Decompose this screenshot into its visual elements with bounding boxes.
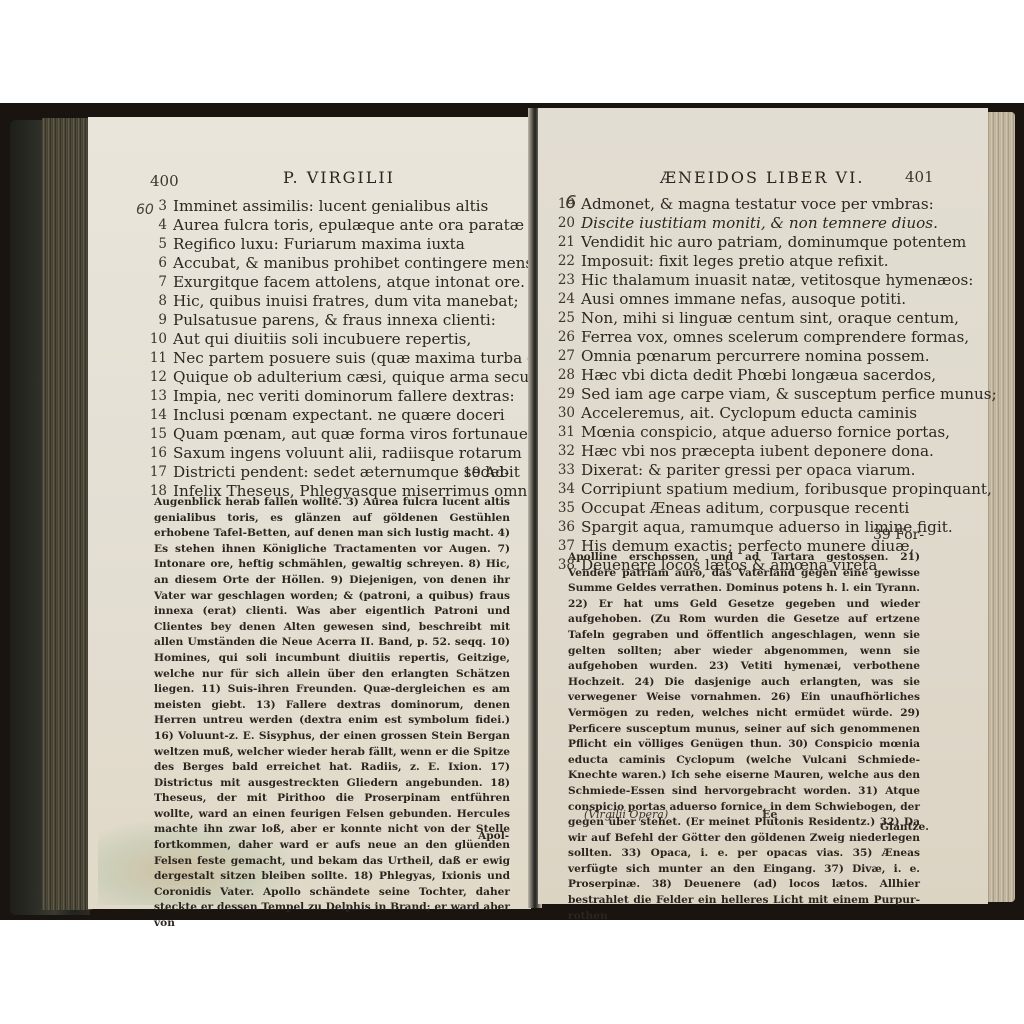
verse-text: Ferrea vox, omnes scelerum comprendere f… [581,328,969,347]
verse-number: 17 [145,463,167,482]
verse-number: 3 [145,197,167,216]
right-verse-list: 19Admonet, & magna testatur voce per vmb… [553,195,997,575]
verse-text: Hæc vbi nos præcepta iubent deponere don… [581,442,934,461]
signature-mark: Ee [762,808,777,821]
right-commentary-text: Apolline erschossen, und ad Tartara gest… [568,550,920,924]
verse-number: 34 [553,480,575,499]
verse-number: 14 [145,406,167,425]
verse-line: 14Inclusi pœnam expectant. ne quære doce… [145,406,587,425]
verse-number: 19 [553,195,575,214]
right-running-head: ÆNEIDOS LIBER VI. [660,168,864,187]
verse-line: 13Impia, nec veriti dominorum fallere de… [145,387,587,406]
verse-line: 6Accubat, & manibus prohibet contingere … [145,254,587,273]
verse-line: 8Hic, quibus inuisi fratres, dum vita ma… [145,292,587,311]
verse-line: 32Hæc vbi nos præcepta iubent deponere d… [553,442,997,461]
verse-line: 11Nec partem posuere suis (quæ maxima tu… [145,349,587,368]
left-commentary: Augenblick herab fallen wollte. 3) Aurea… [154,495,510,932]
verse-line: 4Aurea fulcra toris, epulæque ante ora p… [145,216,587,235]
verse-text: Omnia pœnarum percurrere nomina possem. [581,347,930,366]
verse-text: Acceleremus, ait. Cyclopum educta camini… [581,404,917,423]
verse-line: 3Imminet assimilis: lucent genialibus al… [145,197,587,216]
verse-line: 28Hæc vbi dicta dedit Phœbi longæua sace… [553,366,997,385]
verse-line: 10Aut qui diuitiis soli incubuere repert… [145,330,587,349]
verse-text: Aut qui diuitiis soli incubuere repertis… [173,330,471,349]
verse-number: 21 [553,233,575,252]
verse-text: Admonet, & magna testatur voce per vmbra… [581,195,934,214]
verse-line: 12Quique ob adulterium cæsi, quique arma… [145,368,587,387]
verse-line: 7Exurgitque facem attolens, atque intona… [145,273,587,292]
verse-line: 26Ferrea vox, omnes scelerum comprendere… [553,328,997,347]
verse-number: 26 [553,328,575,347]
right-commentary: Apolline erschossen, und ad Tartara gest… [568,550,920,924]
verse-text: Quique ob adulterium cæsi, quique arma s… [173,368,540,387]
verse-text: Impia, nec veriti dominorum fallere dext… [173,387,515,406]
verse-line: 36Spargit aqua, ramumque aduerso in limi… [553,518,997,537]
verse-number: 31 [553,423,575,442]
right-verse-catchword: 39 For- [873,527,924,543]
verse-number: 5 [145,235,167,254]
verse-line: 34Corripiunt spatium medium, foribusque … [553,480,997,499]
verse-line: 35Occupat Æneas aditum, corpusque recent… [553,499,997,518]
verse-line: 30Acceleremus, ait. Cyclopum educta cami… [553,404,997,423]
verse-text: Imposuit: fixit leges pretio atque refix… [581,252,889,271]
verse-text: Ausi omnes immane nefas, ausoque potiti. [581,290,906,309]
verse-number: 9 [145,311,167,330]
verse-number: 33 [553,461,575,480]
verse-text: Hæc vbi dicta dedit Phœbi longæua sacerd… [581,366,936,385]
left-commentary-catchword: Apol- [478,829,509,845]
verse-number: 28 [553,366,575,385]
left-running-head: P. VIRGILII [283,168,395,187]
right-commentary-catchword: Glantze. [880,820,929,836]
verse-line: 16Saxum ingens voluunt alii, radiisque r… [145,444,587,463]
right-page-number: 401 [905,168,934,186]
left-verse-list: 3Imminet assimilis: lucent genialibus al… [145,197,587,501]
verse-number: 20 [553,214,575,233]
verse-line: 29Sed iam age carpe viam, & susceptum pe… [553,385,997,404]
verse-line: 20Discite iustitiam moniti, & non temner… [553,214,997,233]
verse-number: 24 [553,290,575,309]
verse-text: Hic, quibus inuisi fratres, dum vita man… [173,292,519,311]
verse-line: 17Districti pendent: sedet æternumque se… [145,463,587,482]
verse-number: 23 [553,271,575,290]
verse-number: 6 [145,254,167,273]
verse-line: 27Omnia pœnarum percurrere nomina possem… [553,347,997,366]
verse-number: 36 [553,518,575,537]
verse-line: 31Mœnia conspicio, atque aduerso fornice… [553,423,997,442]
verse-line: 33Dixerat: & pariter gressi per opaca vi… [553,461,997,480]
verse-number: 8 [145,292,167,311]
verse-line: 5Regifico luxu: Furiarum maxima iuxta [145,235,587,254]
verse-text: Regifico luxu: Furiarum maxima iuxta [173,235,465,254]
left-commentary-text: Augenblick herab fallen wollte. 3) Aurea… [154,495,510,932]
verse-text: Vendidit hic auro patriam, dominumque po… [581,233,966,252]
verse-number: 13 [145,387,167,406]
verse-number: 12 [145,368,167,387]
verse-line: 25Non, mihi si linguæ centum sint, oraqu… [553,309,997,328]
verse-text: Quam pœnam, aut quæ forma viros fortunau… [173,425,587,444]
verse-number: 32 [553,442,575,461]
signature-title: (Virgilii Opera) [584,808,668,821]
verse-number: 15 [145,425,167,444]
verse-text: Sed iam age carpe viam, & susceptum perf… [581,385,997,404]
verse-number: 4 [145,216,167,235]
verse-text: Hic thalamum inuasit natæ, vetitosque hy… [581,271,973,290]
verse-number: 10 [145,330,167,349]
verse-number: 29 [553,385,575,404]
verse-line: 15Quam pœnam, aut quæ forma viros fortun… [145,425,587,444]
verse-text: Occupat Æneas aditum, corpusque recenti [581,499,909,518]
verse-number: 7 [145,273,167,292]
verse-number: 25 [553,309,575,328]
verse-text: Discite iustitiam moniti, & non temnere … [581,214,938,233]
verse-line: 19Admonet, & magna testatur voce per vmb… [553,195,997,214]
verse-number: 27 [553,347,575,366]
verse-line: 9Pulsatusue parens, & fraus innexa clien… [145,311,587,330]
verse-text: Inclusi pœnam expectant. ne quære doceri [173,406,505,425]
verse-number: 30 [553,404,575,423]
verse-text: Non, mihi si linguæ centum sint, oraque … [581,309,959,328]
verse-text: Saxum ingens voluunt alii, radiisque rot… [173,444,522,463]
verse-number: 16 [145,444,167,463]
verse-text: Exurgitque facem attolens, atque intonat… [173,273,525,292]
verse-number: 11 [145,349,167,368]
left-verse-catchword: 19 Ad- [463,465,509,481]
verse-line: 21Vendidit hic auro patriam, dominumque … [553,233,997,252]
left-page-edges [42,118,92,910]
verse-number: 22 [553,252,575,271]
verse-text: Nec partem posuere suis (quæ maxima turb… [173,349,556,368]
verse-text: Aurea fulcra toris, epulæque ante ora pa… [173,216,524,235]
verse-number: 35 [553,499,575,518]
verse-text: Imminet assimilis: lucent genialibus alt… [173,197,488,216]
verse-text: Dixerat: & pariter gressi per opaca viar… [581,461,915,480]
verse-text: Accubat, & manibus prohibet contingere m… [173,254,555,273]
verse-text: Corripiunt spatium medium, foribusque pr… [581,480,992,499]
verse-line: 24Ausi omnes immane nefas, ausoque potit… [553,290,997,309]
verse-line: 23Hic thalamum inuasit natæ, vetitosque … [553,271,997,290]
verse-text: Pulsatusue parens, & fraus innexa client… [173,311,496,330]
verse-line: 22Imposuit: fixit leges pretio atque ref… [553,252,997,271]
verse-text: Mœnia conspicio, atque aduerso fornice p… [581,423,950,442]
left-page-number: 400 [150,172,179,190]
